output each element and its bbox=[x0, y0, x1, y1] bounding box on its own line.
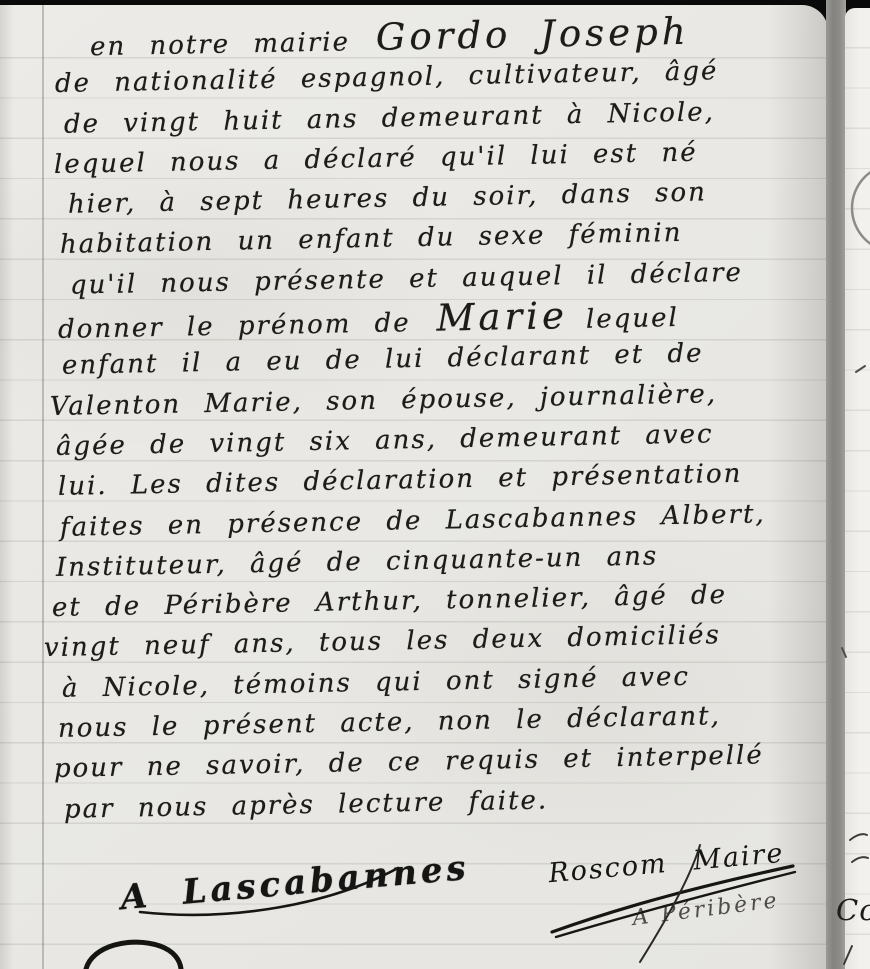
declarant-name: Gordo Joseph bbox=[375, 10, 690, 59]
facing-page-text-fragment: Co bbox=[836, 893, 870, 927]
facing-page-edge bbox=[845, 8, 870, 969]
mayor-signature: RoscomMaire bbox=[547, 838, 785, 890]
second-witness-signature: A Péribère bbox=[631, 888, 781, 931]
mayor-signature-title: Maire bbox=[692, 838, 786, 877]
book-binding-gutter bbox=[826, 0, 846, 969]
scanned-register-spread: en notre mairieGordo Joseph de nationali… bbox=[0, 0, 870, 969]
child-name: Marie bbox=[436, 294, 568, 340]
birth-record-body: en notre mairieGordo Joseph de nationali… bbox=[0, 25, 828, 831]
witness-signature: A Lascabannes bbox=[119, 848, 471, 918]
mayor-signature-name: Roscom bbox=[547, 848, 669, 889]
register-page: en notre mairieGordo Joseph de nationali… bbox=[0, 5, 828, 969]
